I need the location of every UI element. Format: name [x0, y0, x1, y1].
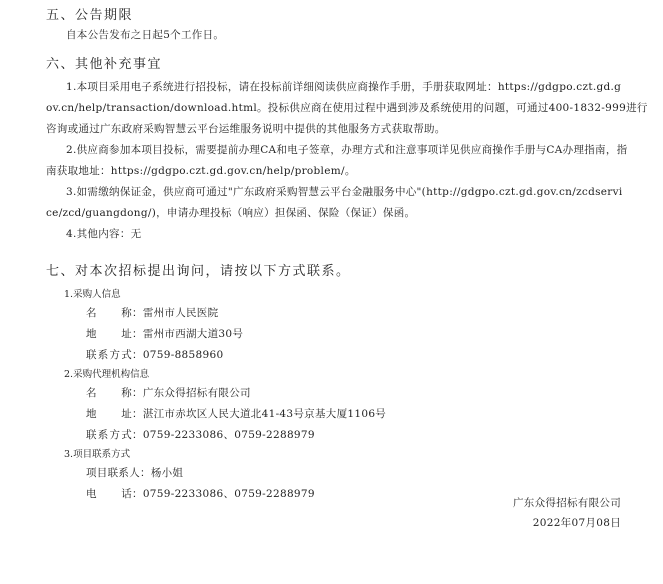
purchaser-name-label: 名称 [86, 305, 132, 320]
agency-address-label: 地址 [86, 406, 132, 421]
purchaser-name-row: 名称：雷州市人民医院 [86, 305, 218, 320]
purchaser-address-row: 地址：雷州市西湖大道30号 [86, 326, 243, 341]
section6-item2-line1: 2.供应商参加本项目投标，需要提前办理CA和电子签章，办理方式和注意事项详见供应… [66, 142, 627, 157]
purchaser-contact-value: 0759-8858960 [143, 349, 224, 361]
agency-name-label: 名称 [86, 385, 132, 400]
agency-address-row: 地址：湛江市赤坎区人民大道北41-43号京基大厦1106号 [86, 406, 386, 421]
project-contact-person-label: 项目联系人 [86, 467, 140, 479]
project-contact-phone-row: 电话：0759-2233086、0759-2288979 [86, 486, 315, 501]
agency-address-value: 湛江市赤坎区人民大道北41-43号京基大厦1106号 [143, 408, 386, 420]
signature-company: 广东众得招标有限公司 [513, 495, 621, 510]
section5-body: 自本公告发布之日起5个工作日。 [66, 27, 224, 42]
purchaser-name-value: 雷州市人民医院 [143, 307, 219, 319]
section6-item3-line1: 3.如需缴纳保证金，供应商可通过"广东政府采购智慧云平台金融服务中心"(http… [66, 184, 623, 199]
agency-contact-row: 联系方式：0759-2233086、0759-2288979 [86, 427, 315, 442]
purchaser-address-value: 雷州市西湖大道30号 [143, 328, 243, 340]
purchaser-title: 1.采购人信息 [64, 286, 121, 300]
section6-item1-line1: 1.本项目采用电子系统进行招投标，请在投标前详细阅读供应商操作手册，手册获取网址… [66, 79, 621, 94]
project-contact-phone-value: 0759-2233086、0759-2288979 [143, 488, 315, 500]
section6-item3-line2: ce/zcd/guangdong/)，申请办理投标（响应）担保函、保险（保证）保… [46, 205, 415, 220]
project-contact-person-value: 杨小姐 [151, 467, 183, 479]
project-contact-title: 3.项目联系方式 [64, 446, 130, 460]
purchaser-contact-label: 联系方式 [86, 347, 132, 362]
agency-title: 2.采购代理机构信息 [64, 366, 149, 380]
signature-date: 2022年07月08日 [533, 515, 621, 530]
section6-item1-line3: 咨询或通过广东政府采购智慧云平台运维服务说明中提供的其他服务方式获取帮助。 [46, 121, 446, 136]
agency-name-value: 广东众得招标有限公司 [143, 387, 251, 399]
project-contact-person-row: 项目联系人：杨小姐 [86, 465, 183, 480]
section6-heading: 六、其他补充事宜 [46, 53, 162, 72]
agency-contact-value: 0759-2233086、0759-2288979 [143, 429, 315, 441]
purchaser-address-label: 地址 [86, 326, 132, 341]
agency-name-row: 名称：广东众得招标有限公司 [86, 385, 251, 400]
section6-item4: 4.其他内容：无 [66, 226, 141, 241]
agency-contact-label: 联系方式 [86, 427, 132, 442]
section7-heading: 七、对本次招标提出询问，请按以下方式联系。 [46, 260, 351, 279]
project-contact-phone-label: 电话 [86, 486, 132, 501]
section6-item1-line2: ov.cn/help/transaction/download.html。投标供… [46, 100, 648, 115]
section6-item2-line2: 南获取地址：https://gdgpo.czt.gd.gov.cn/help/p… [46, 163, 356, 178]
section5-heading: 五、公告期限 [46, 4, 133, 23]
purchaser-contact-row: 联系方式：0759-8858960 [86, 347, 223, 362]
